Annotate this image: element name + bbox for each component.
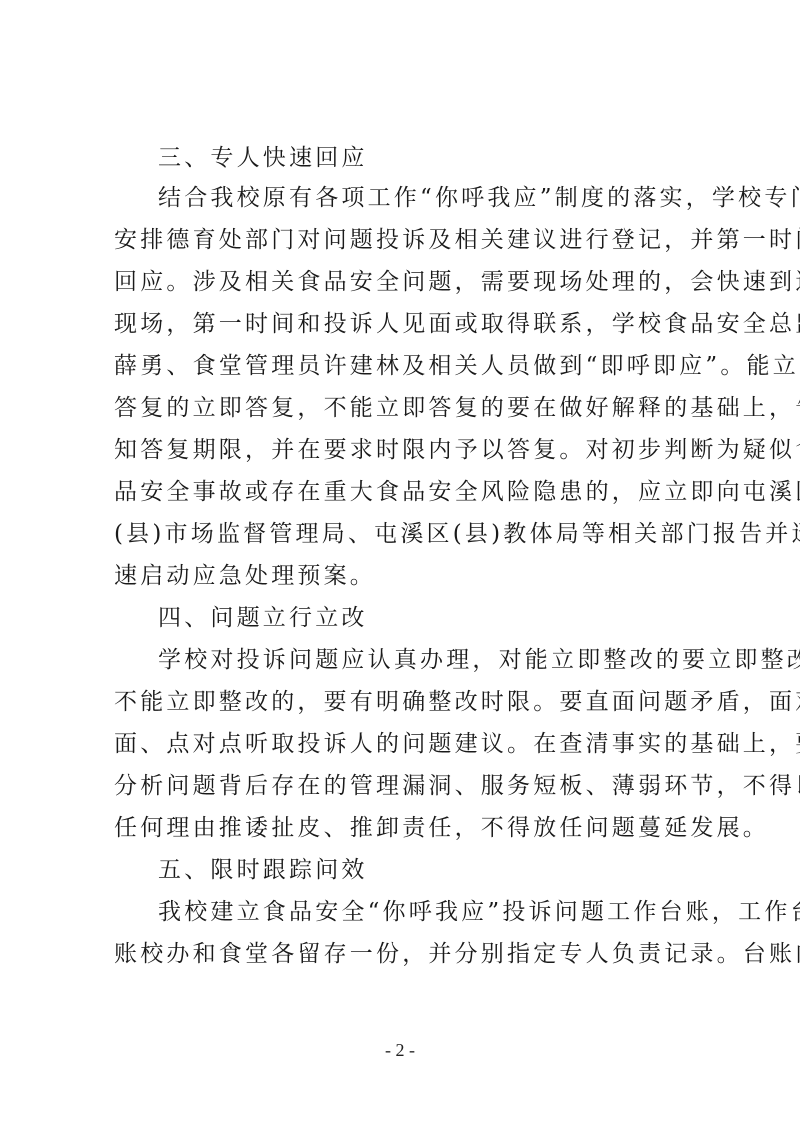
paragraph-line: 我校建立食品安全“你呼我应”投诉问题工作台账，工作台 xyxy=(158,898,688,926)
paragraph-line: 现场，第一时间和投诉人见面或取得联系，学校食品安全总监 xyxy=(114,310,689,338)
paragraph-line: 结合我校原有各项工作“你呼我应”制度的落实，学校专门 xyxy=(158,184,688,212)
paragraph-line: 安排德育处部门对问题投诉及相关建议进行登记，并第一时间 xyxy=(114,226,689,254)
paragraph-line: 面、点对点听取投诉人的问题建议。在查清事实的基础上，要 xyxy=(114,730,689,758)
paragraph-line: 答复的立即答复，不能立即答复的要在做好解释的基础上，告 xyxy=(114,394,689,422)
section-heading: 四、问题立行立改 xyxy=(158,604,688,632)
section-heading: 五、限时跟踪问效 xyxy=(158,856,688,884)
paragraph-line: 知答复期限，并在要求时限内予以答复。对初步判断为疑似食 xyxy=(114,436,689,464)
paragraph-line: 薛勇、食堂管理员许建林及相关人员做到“即呼即应”。能立即 xyxy=(114,352,689,380)
document-page: 三、专人快速回应 结合我校原有各项工作“你呼我应”制度的落实，学校专门 安排德育… xyxy=(0,0,800,1132)
paragraph-line: 分析问题背后存在的管理漏洞、服务短板、薄弱环节，不得以 xyxy=(114,772,689,800)
paragraph-line: 任何理由推诿扯皮、推卸责任，不得放任问题蔓延发展。 xyxy=(114,814,689,842)
paragraph-line: 账校办和食堂各留存一份，并分别指定专人负责记录。台账内 xyxy=(114,940,689,968)
paragraph-line: 回应。涉及相关食品安全问题，需要现场处理的，会快速到达 xyxy=(114,268,689,296)
paragraph-line: (县)市场监督管理局、屯溪区(县)教体局等相关部门报告并迅 xyxy=(114,520,689,548)
paragraph-line: 速启动应急处理预案。 xyxy=(114,562,689,590)
section-heading: 三、专人快速回应 xyxy=(158,144,688,172)
paragraph-line: 品安全事故或存在重大食品安全风险隐患的，应立即向屯溪区 xyxy=(114,478,689,506)
paragraph-line: 不能立即整改的，要有明确整改时限。要直面问题矛盾，面对 xyxy=(114,688,689,716)
paragraph-line: 学校对投诉问题应认真办理，对能立即整改的要立即整改， xyxy=(158,646,688,674)
page-number: - 2 - xyxy=(0,1040,800,1061)
